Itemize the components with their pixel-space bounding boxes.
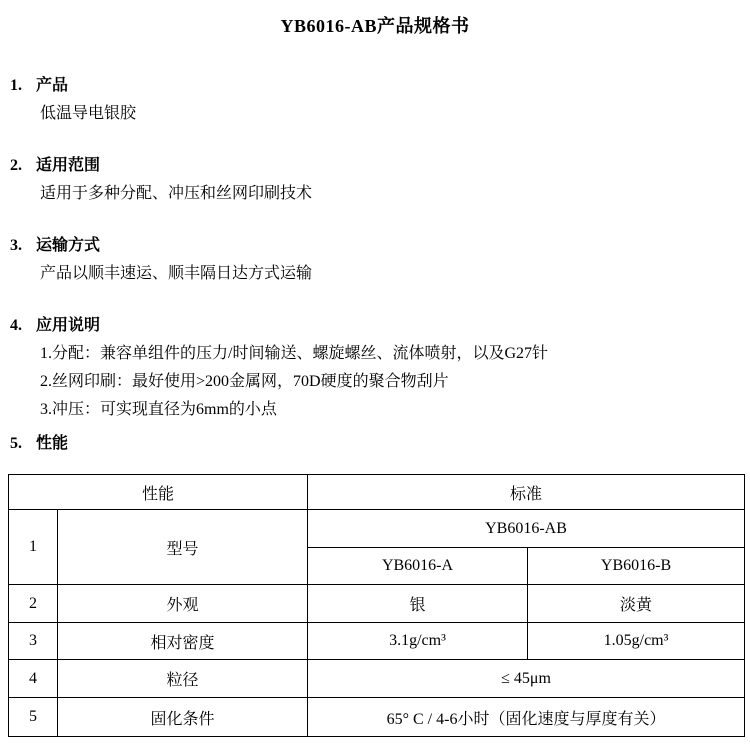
table-row-density: 3 相对密度 3.1g/cm³ 1.05g/cm³ [9, 623, 745, 660]
section-title: 性能 [36, 435, 68, 452]
row-number-cell: 3 [9, 623, 58, 660]
section-product: 1.产品 低温导电银胶 [0, 72, 750, 128]
row-number-cell: 4 [9, 660, 58, 698]
section-heading: 2.适用范围 [0, 152, 750, 180]
section-number: 1. [10, 72, 36, 100]
table-row-appearance: 2 外观 银 淡黄 [9, 585, 745, 623]
body-line: 1.分配：兼容单组件的压力/时间输送、螺旋螺丝、流体喷射，以及G27针 [40, 340, 750, 368]
row-number-cell: 2 [9, 585, 58, 623]
table-row-particle-size: 4 粒径 ≤ 45μm [9, 660, 745, 698]
header-standard-cell: 标准 [308, 475, 745, 510]
body-line: 2.丝网印刷：最好使用>200金属网，70D硬度的聚合物刮片 [40, 368, 750, 396]
appearance-b-cell: 淡黄 [528, 585, 745, 623]
row-label-cell: 型号 [58, 510, 308, 585]
row-label-cell: 固化条件 [58, 698, 308, 737]
body-line: 适用于多种分配、冲压和丝网印刷技术 [40, 180, 750, 208]
section-heading: 1.产品 [0, 72, 750, 100]
section-body: 低温导电银胶 [0, 100, 750, 128]
appearance-a-cell: 银 [308, 585, 528, 623]
section-title: 运输方式 [36, 237, 100, 254]
model-b-cell: YB6016-B [528, 548, 745, 585]
particle-size-value-cell: ≤ 45μm [308, 660, 745, 698]
spec-table: 性能 标准 1 型号 YB6016-AB YB6016-A YB6016-B 2… [8, 474, 745, 737]
section-number: 2. [10, 152, 36, 180]
section-number: 5. [10, 430, 36, 458]
section-title: 产品 [36, 77, 68, 94]
section-scope: 2.适用范围 适用于多种分配、冲压和丝网印刷技术 [0, 152, 750, 208]
model-combined-cell: YB6016-AB [308, 510, 745, 548]
table-row-curing: 5 固化条件 65° C / 4-6小时（固化速度与厚度有关） [9, 698, 745, 737]
density-a-cell: 3.1g/cm³ [308, 623, 528, 660]
row-number-cell: 5 [9, 698, 58, 737]
section-body: 产品以顺丰速运、顺丰隔日达方式运输 [0, 260, 750, 288]
section-shipping: 3.运输方式 产品以顺丰速运、顺丰隔日达方式运输 [0, 232, 750, 288]
table-row-model: 1 型号 YB6016-AB [9, 510, 745, 548]
body-line: 产品以顺丰速运、顺丰隔日达方式运输 [40, 260, 750, 288]
section-heading: 5.性能 [0, 430, 750, 458]
curing-value-cell: 65° C / 4-6小时（固化速度与厚度有关） [308, 698, 745, 737]
section-title: 应用说明 [36, 317, 100, 334]
section-body: 适用于多种分配、冲压和丝网印刷技术 [0, 180, 750, 208]
header-performance-cell: 性能 [9, 475, 308, 510]
density-b-cell: 1.05g/cm³ [528, 623, 745, 660]
section-heading: 4.应用说明 [0, 312, 750, 340]
row-label-cell: 粒径 [58, 660, 308, 698]
section-application: 4.应用说明 1.分配：兼容单组件的压力/时间输送、螺旋螺丝、流体喷射，以及G2… [0, 312, 750, 424]
body-line: 3.冲压：可实现直径为6mm的小点 [40, 396, 750, 424]
page-title: YB6016-AB产品规格书 [0, 0, 750, 38]
section-number: 4. [10, 312, 36, 340]
document-page: YB6016-AB产品规格书 1.产品 低温导电银胶 2.适用范围 适用于多种分… [0, 0, 750, 737]
row-label-cell: 相对密度 [58, 623, 308, 660]
section-title: 适用范围 [36, 157, 100, 174]
table-header-row: 性能 标准 [9, 475, 745, 510]
section-heading: 3.运输方式 [0, 232, 750, 260]
body-line: 低温导电银胶 [40, 100, 750, 128]
section-number: 3. [10, 232, 36, 260]
section-body: 1.分配：兼容单组件的压力/时间输送、螺旋螺丝、流体喷射，以及G27针 2.丝网… [0, 340, 750, 424]
model-a-cell: YB6016-A [308, 548, 528, 585]
row-number-cell: 1 [9, 510, 58, 585]
section-performance: 5.性能 [0, 430, 750, 458]
row-label-cell: 外观 [58, 585, 308, 623]
